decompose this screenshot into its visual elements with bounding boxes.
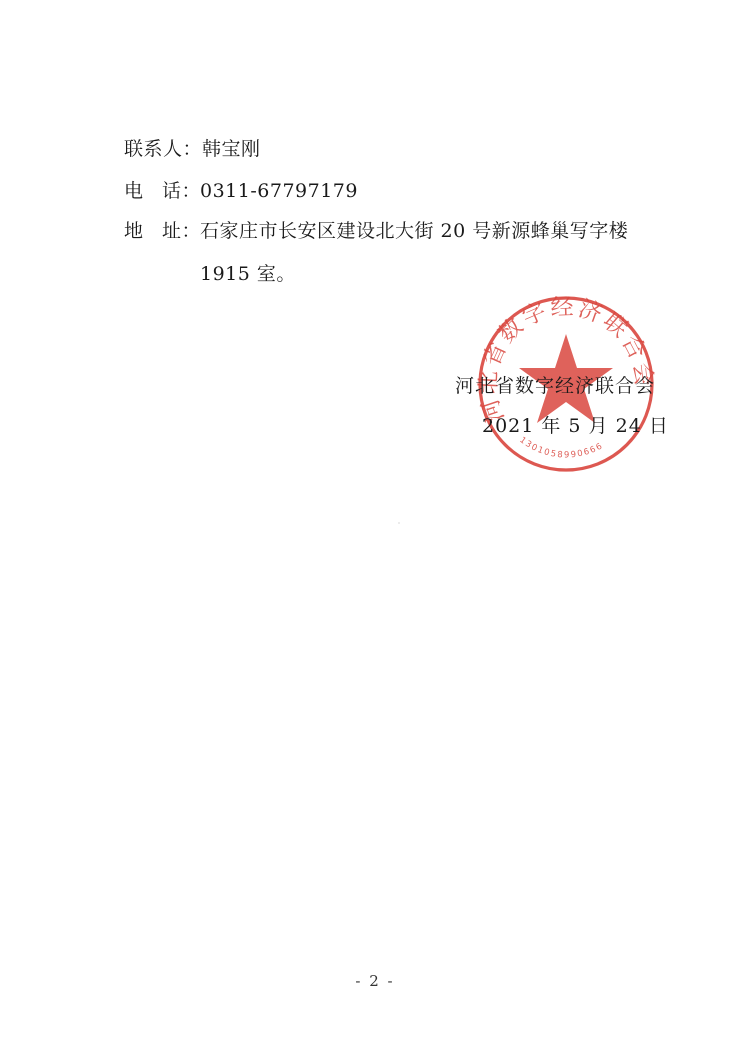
contact-phone-line: 电话：0311-67797179 <box>124 179 358 203</box>
page-number: - 2 - <box>0 972 750 990</box>
contact-address-label: 地址： <box>124 219 200 243</box>
address-label-char-2: 址： <box>162 219 201 243</box>
signature-date: 2021 年 5 月 24 日 <box>482 414 669 438</box>
contact-person-value: 韩宝刚 <box>202 138 261 160</box>
phone-label-char-2: 话： <box>162 179 201 203</box>
document-page: 联系人：韩宝刚 电话：0311-67797179 地址：石家庄市长安区建设北大街… <box>0 0 750 1053</box>
contact-phone-label: 电话： <box>124 179 200 203</box>
contact-person-label: 联系人： <box>124 137 202 161</box>
phone-label-char-1: 电 <box>124 179 162 203</box>
contact-address-line2: 1915 室。 <box>200 262 296 286</box>
address-label-char-1: 地 <box>124 219 162 243</box>
contact-address-value-line2: 1915 室。 <box>200 263 296 285</box>
contact-phone-value: 0311-67797179 <box>200 180 358 202</box>
contact-address-line: 地址：石家庄市长安区建设北大街 20 号新源蜂巢写字楼 <box>124 219 628 243</box>
signature-organization: 河北省数字经济联合会 <box>455 374 655 398</box>
scan-artifact <box>398 522 400 524</box>
contact-address-value-line1: 石家庄市长安区建设北大街 20 号新源蜂巢写字楼 <box>200 220 628 242</box>
contact-person-line: 联系人：韩宝刚 <box>124 137 261 161</box>
svg-text:1301058990666: 1301058990666 <box>517 435 605 460</box>
